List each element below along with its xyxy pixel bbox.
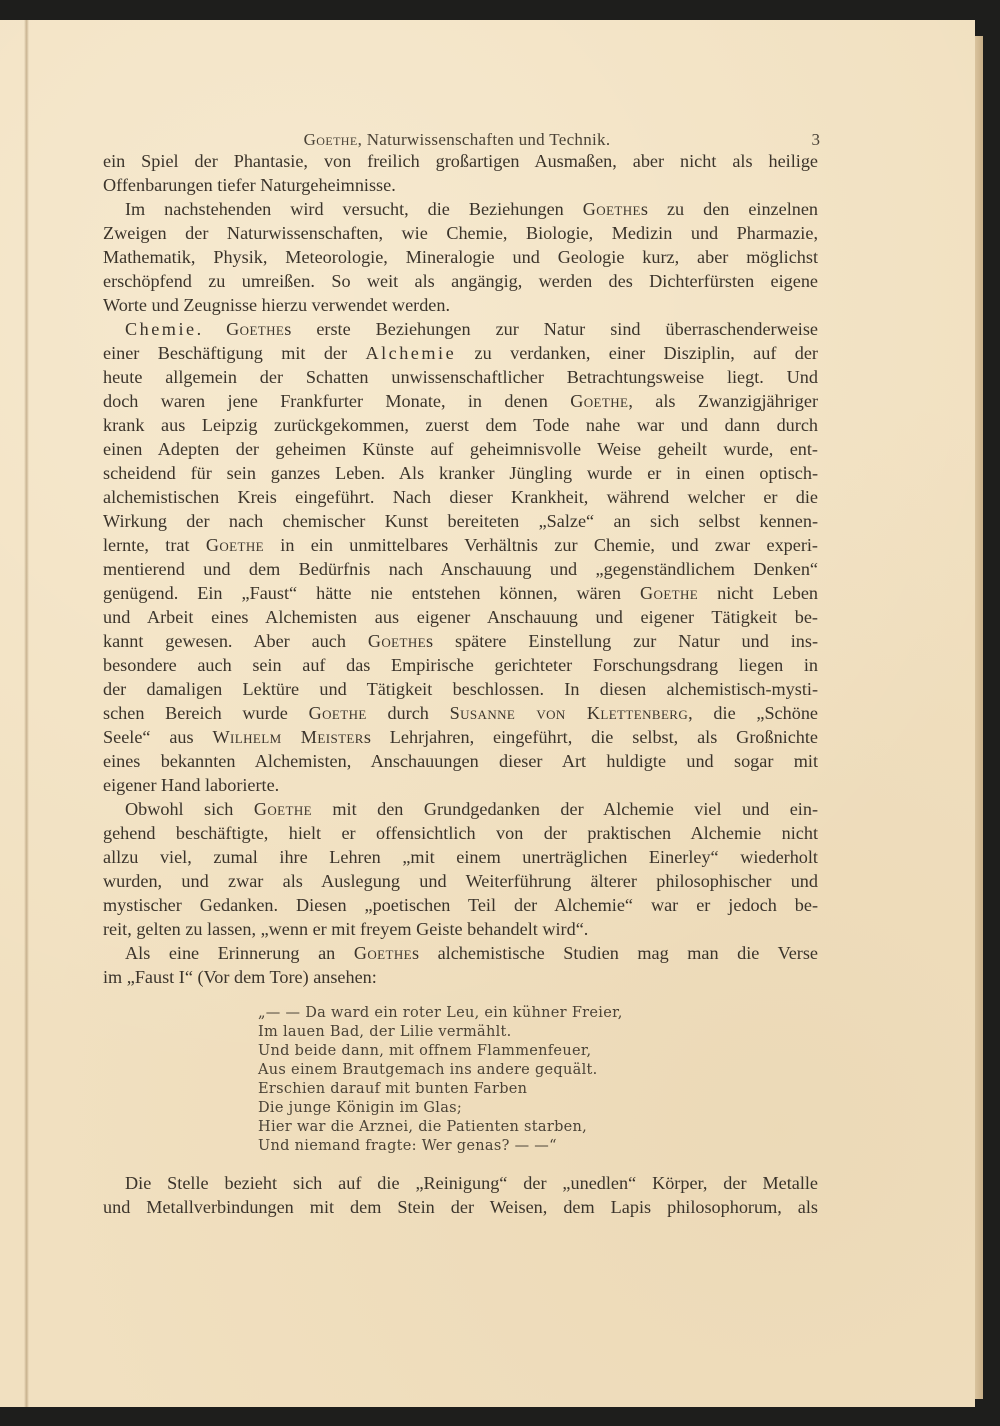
text-segment: , als Zwanzigjähriger [628,391,818,411]
small-caps-name: Goethe [570,391,628,411]
text-segment: Zweigen der Naturwissenschaften, wie Che… [103,223,818,243]
text-segment: ein Spiel der Phantasie, von freilich gr… [103,151,818,171]
verse-line: Und beide dann, mit offnem Flammenfeuer, [258,1042,591,1061]
text-line: mystischer Gedanken. Diesen „poetischen … [103,894,818,916]
running-head-author: Goethe [304,130,358,149]
text-segment: Seele“ aus [103,727,212,747]
spaced-emphasis: Alchemie [365,343,456,363]
text-line: Wirkung der nach chemischer Kunst bereit… [103,510,818,532]
text-segment: alchemistischen Kreis eingeführt. Nach d… [103,487,818,507]
text-segment: Offenbarungen tiefer Naturgeheimnisse. [103,175,396,195]
text-segment: und Arbeit eines Alchemisten aus eigener… [103,607,818,627]
text-segment: eigener Hand laborierte. [103,775,279,795]
text-line: und Arbeit eines Alchemisten aus eigener… [103,606,818,628]
text-line: Worte und Zeugnisse hierzu verwendet wer… [103,294,818,316]
verse-line: Hier war die Arznei, die Patienten starb… [258,1118,587,1137]
running-head: Goethe, Naturwissenschaften und Technik. [100,130,814,150]
book-gutter-fold [24,20,29,1407]
text-segment: reit, gelten zu lassen, „wenn er mit fre… [103,919,588,939]
text-segment: zu verdanken, einer Disziplin, auf der [456,343,818,363]
text-segment: Wirkung der nach chemischer Kunst bereit… [103,511,818,531]
text-segment: s erste Beziehungen zur Natur sind überr… [284,319,818,339]
verse-line: Im lauen Bad, der Lilie vermählt. [258,1023,512,1042]
text-line: scheidend für sein ganzes Leben. Als kra… [103,462,818,484]
small-caps-name: Goethe [368,631,426,651]
text-segment: doch waren jene Frankfurter Monate, in d… [103,391,570,411]
text-line: krank aus Leipzig zurückgekommen, zuerst… [103,414,818,436]
text-line: und Metallverbindungen mit dem Stein der… [103,1196,818,1218]
text-segment: im „Faust I“ (Vor dem Tore) ansehen: [103,967,377,987]
text-segment: und Metallverbindungen mit dem Stein der… [103,1197,818,1217]
text-line: der damaligen Lektüre und Tätigkeit besc… [103,678,818,700]
text-line: Die Stelle bezieht sich auf die „Reinigu… [125,1172,818,1194]
text-line: ein Spiel der Phantasie, von freilich gr… [103,150,818,172]
text-segment: s alchemistische Studien mag man die Ver… [412,943,818,963]
text-segment: . [197,319,227,339]
text-segment: mit den Grundgedanken der Alchemie viel … [312,799,818,819]
text-line: eines bekannten Alchemisten, Anschauunge… [103,750,818,772]
text-segment: besondere auch sein auf das Empirische g… [103,655,818,675]
text-line: schen Bereich wurde Goethe durch Susanne… [103,702,818,724]
running-head-title: , Naturwissenschaften und Technik. [358,130,611,149]
text-segment: kannt gewesen. Aber auch [103,631,368,651]
text-segment: schen Bereich wurde [103,703,309,723]
text-line: Mathematik, Physik, Meteorologie, Minera… [103,246,818,268]
text-line: wurden, und zwar als Auslegung und Weite… [103,870,818,892]
text-segment: gehend beschäftigte, hielt er offensicht… [103,823,818,843]
text-line: Zweigen der Naturwissenschaften, wie Che… [103,222,818,244]
text-line: Obwohl sich Goethe mit den Grundgedanken… [125,798,818,820]
text-segment: scheidend für sein ganzes Leben. Als kra… [103,463,818,483]
text-segment: Worte und Zeugnisse hierzu verwendet wer… [103,295,450,315]
text-line: einen Adepten der geheimen Künste auf ge… [103,438,818,460]
small-caps-name: Susanne von Klettenberg [450,703,689,723]
text-segment: Als eine Erinnerung an [125,943,354,963]
text-segment: mystischer Gedanken. Diesen „poetischen … [103,895,818,915]
text-line: Chemie. Goethes erste Beziehungen zur Na… [125,318,818,340]
small-caps-name: Goethe [640,583,698,603]
verse-line: Und niemand fragte: Wer genas? — —“ [258,1137,557,1156]
text-segment: einer Beschäftigung mit der [103,343,365,363]
text-line: reit, gelten zu lassen, „wenn er mit fre… [103,918,818,940]
text-line: alchemistischen Kreis eingeführt. Nach d… [103,486,818,508]
text-segment: in ein unmittelbares Verhältnis zur Chem… [264,535,818,555]
text-segment: mentierend und dem Bedürfnis nach Anscha… [103,559,818,579]
text-segment: genügend. Ein „Faust“ hätte nie entstehe… [103,583,640,603]
text-line: allzu viel, zumal ihre Lehren „mit einem… [103,846,818,868]
text-line: kannt gewesen. Aber auch Goethes spätere… [103,630,818,652]
text-segment: s zu den einzelnen [641,199,818,219]
text-segment: Obwohl sich [125,799,254,819]
text-line: gehend beschäftigte, hielt er offensicht… [103,822,818,844]
text-line: Im nachstehenden wird versucht, die Bezi… [125,198,818,220]
verse-line: Erschien darauf mit bunten Farben [258,1080,527,1099]
verse-line: „— — Da ward ein roter Leu, ein kühner F… [258,1004,623,1023]
page-edge-shadow [975,36,983,1399]
text-segment: s Lehrjahren, eingeführt, die selbst, al… [364,727,818,747]
text-segment: Im nachstehenden wird versucht, die Bezi… [125,199,583,219]
text-segment: lernte, trat [103,535,206,555]
small-caps-name: Wilhelm Meister [212,727,363,747]
scanned-page: Goethe, Naturwissenschaften und Technik.… [0,20,975,1407]
text-segment: allzu viel, zumal ihre Lehren „mit einem… [103,847,818,867]
text-line: eigener Hand laborierte. [103,774,818,796]
page-number: 3 [800,130,820,150]
text-line: heute allgemein der Schatten unwissensch… [103,366,818,388]
verse-line: Die junge Königin im Glas; [258,1099,462,1118]
text-segment: nicht Leben [698,583,818,603]
text-line: im „Faust I“ (Vor dem Tore) ansehen: [103,966,818,988]
text-line: Als eine Erinnerung an Goethes alchemist… [125,942,818,964]
text-line: besondere auch sein auf das Empirische g… [103,654,818,676]
text-segment: einen Adepten der geheimen Künste auf ge… [103,439,818,459]
text-segment: wurden, und zwar als Auslegung und Weite… [103,871,818,891]
small-caps-name: Goethe [254,799,312,819]
text-segment: heute allgemein der Schatten unwissensch… [103,367,818,387]
text-segment: erschöpfend zu umreißen. So weit als ang… [103,271,818,291]
text-line: lernte, trat Goethe in ein unmittelbares… [103,534,818,556]
text-line: doch waren jene Frankfurter Monate, in d… [103,390,818,412]
text-line: mentierend und dem Bedürfnis nach Anscha… [103,558,818,580]
small-caps-name: Goethe [354,943,412,963]
verse-line: Aus einem Brautgemach ins andere gequält… [258,1061,598,1080]
text-line: erschöpfend zu umreißen. So weit als ang… [103,270,818,292]
small-caps-name: Goethe [206,535,264,555]
text-segment: Mathematik, Physik, Meteorologie, Minera… [103,247,818,267]
text-line: Offenbarungen tiefer Naturgeheimnisse. [103,174,818,196]
text-segment: , die „Schöne [688,703,818,723]
text-segment: krank aus Leipzig zurückgekommen, zuerst… [103,415,818,435]
text-line: Seele“ aus Wilhelm Meisters Lehrjahren, … [103,726,818,748]
spaced-emphasis: Chemie [125,319,197,339]
text-segment: Die Stelle bezieht sich auf die „Reinigu… [125,1173,818,1193]
text-segment: eines bekannten Alchemisten, Anschauunge… [103,751,818,771]
small-caps-name: Goethe [583,199,641,219]
text-line: einer Beschäftigung mit der Alchemie zu … [103,342,818,364]
text-line: genügend. Ein „Faust“ hätte nie entstehe… [103,582,818,604]
text-segment: der damaligen Lektüre und Tätigkeit besc… [103,679,818,699]
text-segment: durch [367,703,450,723]
small-caps-name: Goethe [226,319,284,339]
small-caps-name: Goethe [309,703,367,723]
text-segment: s spätere Einstellung zur Natur und ins- [426,631,818,651]
